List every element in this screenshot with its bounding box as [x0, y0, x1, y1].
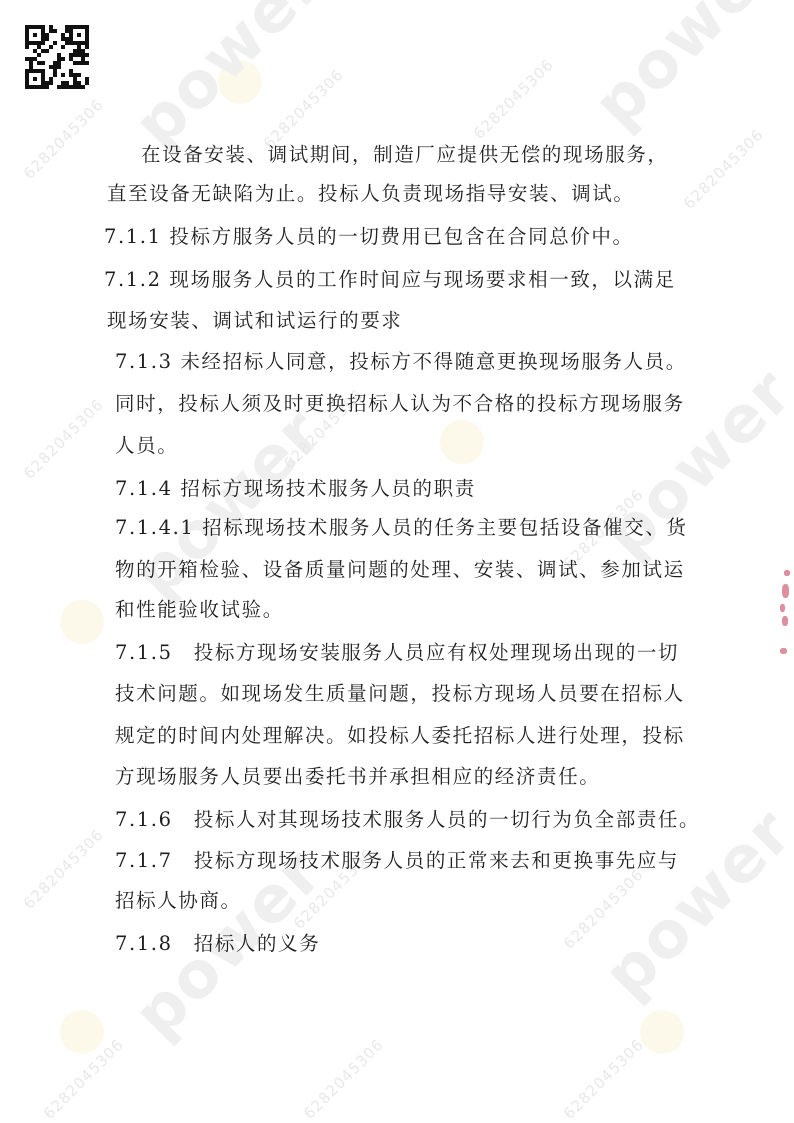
paragraph-line: 和性能验收试验。 [115, 600, 284, 620]
paragraph-line: 同时，投标人须及时更换招标人认为不合格的投标方现场服务 [115, 394, 685, 414]
watermark-text: power [580, 0, 794, 142]
watermark-code: 6282045306 [20, 95, 107, 182]
paragraph-line: 技术问题。如现场发生质量问题，投标方现场人员要在招标人 [115, 684, 685, 704]
watermark-code: 6282045306 [560, 1035, 647, 1122]
clause-7-1-2: 7.1.2 现场服务人员的工作时间应与现场要求相一致，以满足 [104, 270, 676, 290]
paragraph-line: 招标人协商。 [115, 891, 242, 911]
clause-7-1-3: 7.1.3 未经招标人同意，投标方不得随意更换现场服务人员。 [115, 352, 687, 372]
watermark-code: 6282045306 [260, 65, 347, 152]
paragraph-line: 人员。 [115, 436, 178, 456]
official-seal [774, 570, 794, 660]
clause-7-1-1: 7.1.1 投标方服务人员的一切费用已包含在合同总价中。 [104, 227, 634, 247]
paragraph-line: 方现场服务人员要出委托书并承担相应的经济责任。 [115, 767, 600, 787]
watermark-code: 6282045306 [560, 865, 647, 952]
watermark-code: 6282045306 [680, 125, 767, 212]
clause-7-1-4-1: 7.1.4.1 招标现场技术服务人员的任务主要包括设备催交、货 [115, 518, 688, 538]
paragraph-line: 直至设备无缺陷为止。投标人负责现场指导安装、调试。 [107, 184, 635, 204]
clause-7-1-4: 7.1.4 招标方现场技术服务人员的职责 [115, 479, 476, 499]
paragraph-line: 物的开箱检验、设备质量问题的处理、安装、调试、参加试运 [115, 560, 685, 580]
watermark-logo [60, 600, 104, 644]
watermark-logo [440, 420, 484, 464]
watermark-logo [640, 1010, 684, 1054]
clause-7-1-5: 7.1.5 投标方现场安装服务人员应有权处理现场出现的一切 [115, 643, 679, 663]
paragraph-line: 在设备安装、调试期间，制造厂应提供无偿的现场服务， [141, 145, 669, 165]
paragraph-line: 现场安装、调试和试运行的要求 [107, 311, 402, 331]
watermark-code: 6282045306 [20, 395, 107, 482]
clause-7-1-8: 7.1.8 招标人的义务 [115, 934, 320, 954]
watermark-code: 6282045306 [40, 1035, 127, 1122]
qr-code[interactable] [25, 25, 89, 89]
document-page: power power power power power power 6282… [0, 0, 794, 1123]
watermark-text: power [120, 0, 338, 162]
watermark-code: 6282045306 [20, 825, 107, 912]
watermark-code: 6282045306 [300, 1035, 387, 1122]
paragraph-line: 规定的时间内处理解决。如投标人委托招标人进行处理，投标 [115, 726, 685, 746]
clause-7-1-7: 7.1.7 投标方现场技术服务人员的正常来去和更换事先应与 [115, 851, 679, 871]
watermark-text: power [590, 355, 794, 573]
watermark-logo [60, 1010, 104, 1054]
clause-7-1-6: 7.1.6 投标人对其现场技术服务人员的一切行为负全部责任。 [115, 810, 700, 830]
watermark-code: 6282045306 [470, 55, 557, 142]
watermark-logo [218, 60, 262, 104]
